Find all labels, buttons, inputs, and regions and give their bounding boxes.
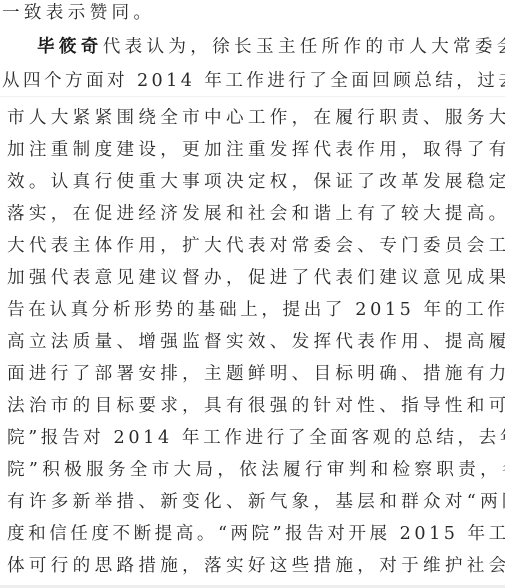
text-line: 法治市的目标要求，具有很强的针对性、指导性和可行性。“两 — [7, 395, 505, 417]
text-line: 一致表示赞同。 — [2, 2, 155, 24]
text-line: 加强代表意见建议督办，促进了代表们建议意见成果的转化。报 — [7, 267, 505, 289]
text-line: 院”积极服务全市大局，依法履行审判和检察职责，各项工作都 — [7, 459, 505, 481]
text-line: 效。认真行使重大事项决定权，保证了改革发展稳定任务的贯彻 — [7, 171, 505, 193]
speaker-name: 毕筱奇 — [37, 36, 103, 57]
text-line: 落实，在促进经济发展和社会和谐上有了较大提高。注重发挥人 — [7, 203, 505, 225]
text-line: 体可行的思路措施，落实好这些措施，对于维护社会公平正义、 — [7, 555, 505, 577]
text-line: 市人大紧紧围绕全市中心工作，在履行职责、服务大局方面，更 — [7, 107, 505, 129]
text-line: 面进行了部署安排，主题鲜明、目标明确、措施有力，体现了依 — [7, 363, 505, 385]
document-bottom-fragment: 市人大紧紧围绕全市中心工作，在履行职责、服务大局方面，更 加注重制度建设，更加注… — [0, 100, 505, 588]
document-top-fragment: 一致表示赞同。 毕筱奇代表认为，徐长玉主任所作的市人大常委会工作报告 从四个方面… — [0, 0, 505, 90]
page-seam — [0, 96, 505, 97]
text-line: 加注重制度建设，更加注重发挥代表作用，取得了有目共睹的成 — [7, 139, 505, 161]
text-line: 有许多新举措、新变化、新气象，基层和群众对“两院”的满意 — [7, 491, 505, 513]
text-line: 高立法质量、增强监督实效、发挥代表作用、提高履职水平等方 — [7, 331, 505, 353]
text-line: 度和信任度不断提高。“两院”报告对开展 2015 年工作提出了具 — [7, 523, 505, 545]
text-line-rest: 代表认为，徐长玉主任所作的市人大常委会工作报告 — [103, 37, 505, 57]
text-line: 大代表主体作用，扩大代表对常委会、专门委员会工作的参与。 — [7, 235, 505, 257]
text-line: 毕筱奇代表认为，徐长玉主任所作的市人大常委会工作报告 — [2, 36, 505, 58]
text-line: 告在认真分析形势的基础上，提出了 2015 年的工作思路，在提 — [7, 299, 505, 321]
text-line: 院”报告对 2014 年工作进行了全面客观的总结，去年以来，“两 — [7, 427, 505, 449]
text-line: 从四个方面对 2014 年工作进行了全面回顾总结，过去的一年， — [2, 70, 505, 92]
